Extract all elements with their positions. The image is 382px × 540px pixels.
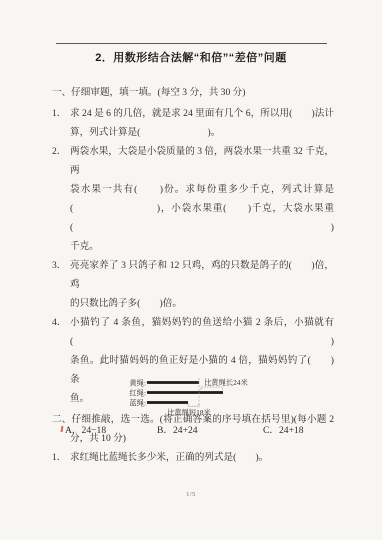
page-number: 1/5	[0, 491, 382, 498]
question-number-3: 3．	[52, 256, 66, 275]
option-b: B．24+24	[157, 422, 198, 436]
question-number-2: 2．	[52, 142, 66, 161]
red-rope-bar	[147, 391, 223, 394]
question-item-1: 1． 求 24 是 6 的几倍，就是求 24 里面有几个 6，所以用( )法计 …	[52, 104, 334, 142]
question-1-line-2: 算，列式计算是( )。	[70, 123, 334, 142]
red-rope-label: 红绳:	[129, 389, 146, 398]
choice-question-number-1: 1．	[52, 448, 66, 467]
short-difference-bracket	[188, 404, 199, 406]
question-3-line-2: 的只数比鸽子多( )倍。	[70, 294, 334, 313]
question-2-line-1: 两袋水果，大袋是小袋质量的 3 倍，两袋水果一共重 32 千克，两	[70, 142, 334, 180]
worksheet-page: 2．用数形结合法解“和倍”“差倍”问题 一、仔细审题，填一填。(每空 3 分，共…	[0, 0, 382, 540]
longer-than-yellow-annotation: 比黄绳长24米	[204, 378, 248, 387]
long-difference-bracket	[201, 387, 223, 390]
option-a: A．24−18	[65, 422, 106, 436]
yellow-rope-bar	[147, 381, 199, 384]
answer-options-row: A．24−18 B．24+24 C．24+18	[52, 422, 334, 438]
question-2-line-2: 袋水果一共有( )份。求每份重多少千克，列式计算是	[70, 180, 334, 199]
page-title: 2．用数形结合法解“和倍”“差倍”问题	[0, 49, 382, 65]
question-number-4: 4．	[52, 313, 66, 332]
question-3-line-1: 亮亮家养了 3 只鸽子和 12 只鸡，鸡的只数是鸽子的( )倍，鸡	[70, 256, 334, 294]
question-item-2: 2． 两袋水果，大袋是小袋质量的 3 倍，两袋水果一共重 32 千克，两 袋水果…	[52, 142, 334, 256]
question-2-line-3: ( )，小袋水果重( )千克，大袋水果重( )	[70, 199, 334, 237]
question-2-line-4: 千克。	[70, 237, 334, 256]
choice-question-item-1: 1． 求红绳比蓝绳长多少米，正确的列式是( )。	[52, 448, 334, 467]
blue-rope-bar	[147, 401, 188, 404]
choice-question-1-line-1: 求红绳比蓝绳长多少米，正确的列式是( )。	[70, 448, 334, 467]
rope-comparison-diagram: 黄绳: 红绳: 蓝绳: 比黄绳长24米 比黄绳短18米	[100, 373, 290, 421]
question-4-line-1: 小猫钓了 4 条鱼，猫妈妈钓的鱼送给小猫 2 条后，小猫就有( )	[70, 313, 334, 351]
shorter-than-yellow-annotation: 比黄绳短18米	[167, 408, 211, 417]
blue-rope-label: 蓝绳:	[129, 399, 146, 408]
section-one-heading: 一、仔细审题，填一填。(每空 3 分，共 30 分)	[52, 83, 334, 102]
question-item-3: 3． 亮亮家养了 3 只鸽子和 12 只鸡，鸡的只数是鸽子的( )倍，鸡 的只数…	[52, 256, 334, 313]
yellow-rope-label: 黄绳:	[129, 379, 146, 388]
option-c: C．24+18	[263, 422, 304, 436]
header-divider	[56, 43, 327, 44]
question-number-1: 1．	[52, 104, 66, 123]
question-1-line-1: 求 24 是 6 的几倍，就是求 24 里面有几个 6，所以用( )法计	[70, 104, 334, 123]
